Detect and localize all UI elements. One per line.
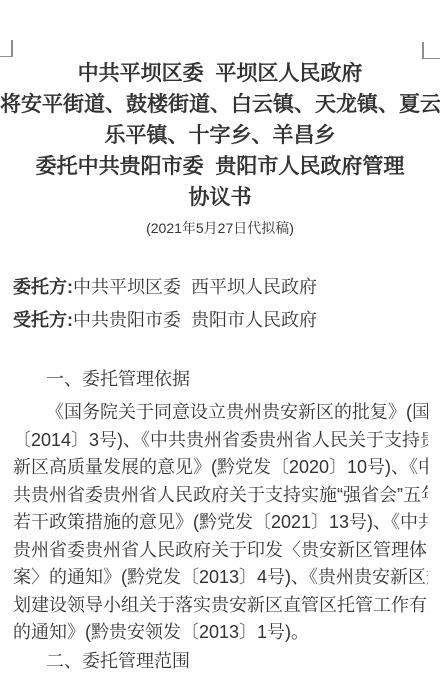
section-1-heading: 一、委托管理依据 xyxy=(13,365,428,393)
title-line-2: 将安平街道、鼓楼街道、白云镇、天龙镇、夏云镇、 xyxy=(0,89,440,120)
section-2-heading: 二、委托管理范围 xyxy=(13,647,428,675)
text-boundary-mark-top-left xyxy=(0,40,13,57)
paragraph-line: 案〉的通知》(黔党发〔2013〕4号)、《贵州贵安新区规 xyxy=(13,564,428,592)
entrusting-party-label: 委托方: xyxy=(13,277,73,297)
title-line-3: 乐平镇、十字乡、羊昌乡 xyxy=(0,120,440,151)
parties-block: 委托方:中共平坝区委 西平坝人民政府 受托方:中共贵阳市委 贵阳市人民政府 xyxy=(0,271,440,337)
draft-date-note: (2021年5月27日代拟稿) xyxy=(0,213,440,243)
entrusting-party-value: 中共平坝区委 西平坝人民政府 xyxy=(73,277,317,297)
section-1-paragraph: 《国务院关于同意设立贵州贵安新区的批复》(国函 〔2014〕3号)、《中共贵州省… xyxy=(13,399,428,647)
paragraph-line: 的通知》(黔贵安领发〔2013〕1号)。 xyxy=(13,619,428,647)
title-line-4: 委托中共贵阳市委 贵阳市人民政府管理 xyxy=(0,151,440,182)
title-line-1: 中共平坝区委 平坝区人民政府 xyxy=(0,58,440,89)
paragraph-line: 划建设领导小组关于落实贵安新区直管区托管工作有关事项 xyxy=(13,592,428,620)
entrusting-party-line: 委托方:中共平坝区委 西平坝人民政府 xyxy=(13,271,428,304)
paragraph-line: 〔2014〕3号)、《中共贵州省委贵州省人民关于支持贵安 xyxy=(13,427,428,455)
text-boundary-mark-top-right xyxy=(422,42,440,59)
document-title-block: 中共平坝区委 平坝区人民政府 将安平街道、鼓楼街道、白云镇、天龙镇、夏云镇、 乐… xyxy=(0,58,440,243)
paragraph-line: 若干政策措施的意见》(黔党发〔2021〕13号)、《中共 xyxy=(13,509,428,537)
paragraph-line: 共贵州省委贵州省人民政府关于支持实施“强省会”五年行动 xyxy=(13,482,428,510)
entrusted-party-line: 受托方:中共贵阳市委 贵阳市人民政府 xyxy=(13,304,428,337)
document-page: 中共平坝区委 平坝区人民政府 将安平街道、鼓楼街道、白云镇、天龙镇、夏云镇、 乐… xyxy=(0,0,440,680)
entrusted-party-value: 中共贵阳市委 贵阳市人民政府 xyxy=(73,310,317,330)
document-body: 一、委托管理依据 《国务院关于同意设立贵州贵安新区的批复》(国函 〔2014〕3… xyxy=(0,365,440,675)
title-line-5: 协议书 xyxy=(0,182,440,213)
paragraph-line: 《国务院关于同意设立贵州贵安新区的批复》(国函 xyxy=(13,399,428,427)
entrusted-party-label: 受托方: xyxy=(13,310,73,330)
paragraph-line: 贵州省委贵州省人民政府关于印发〈贵安新区管理体制方 xyxy=(13,537,428,565)
paragraph-line: 新区高质量发展的意见》(黔党发〔2020〕10号)、《中 xyxy=(13,454,428,482)
